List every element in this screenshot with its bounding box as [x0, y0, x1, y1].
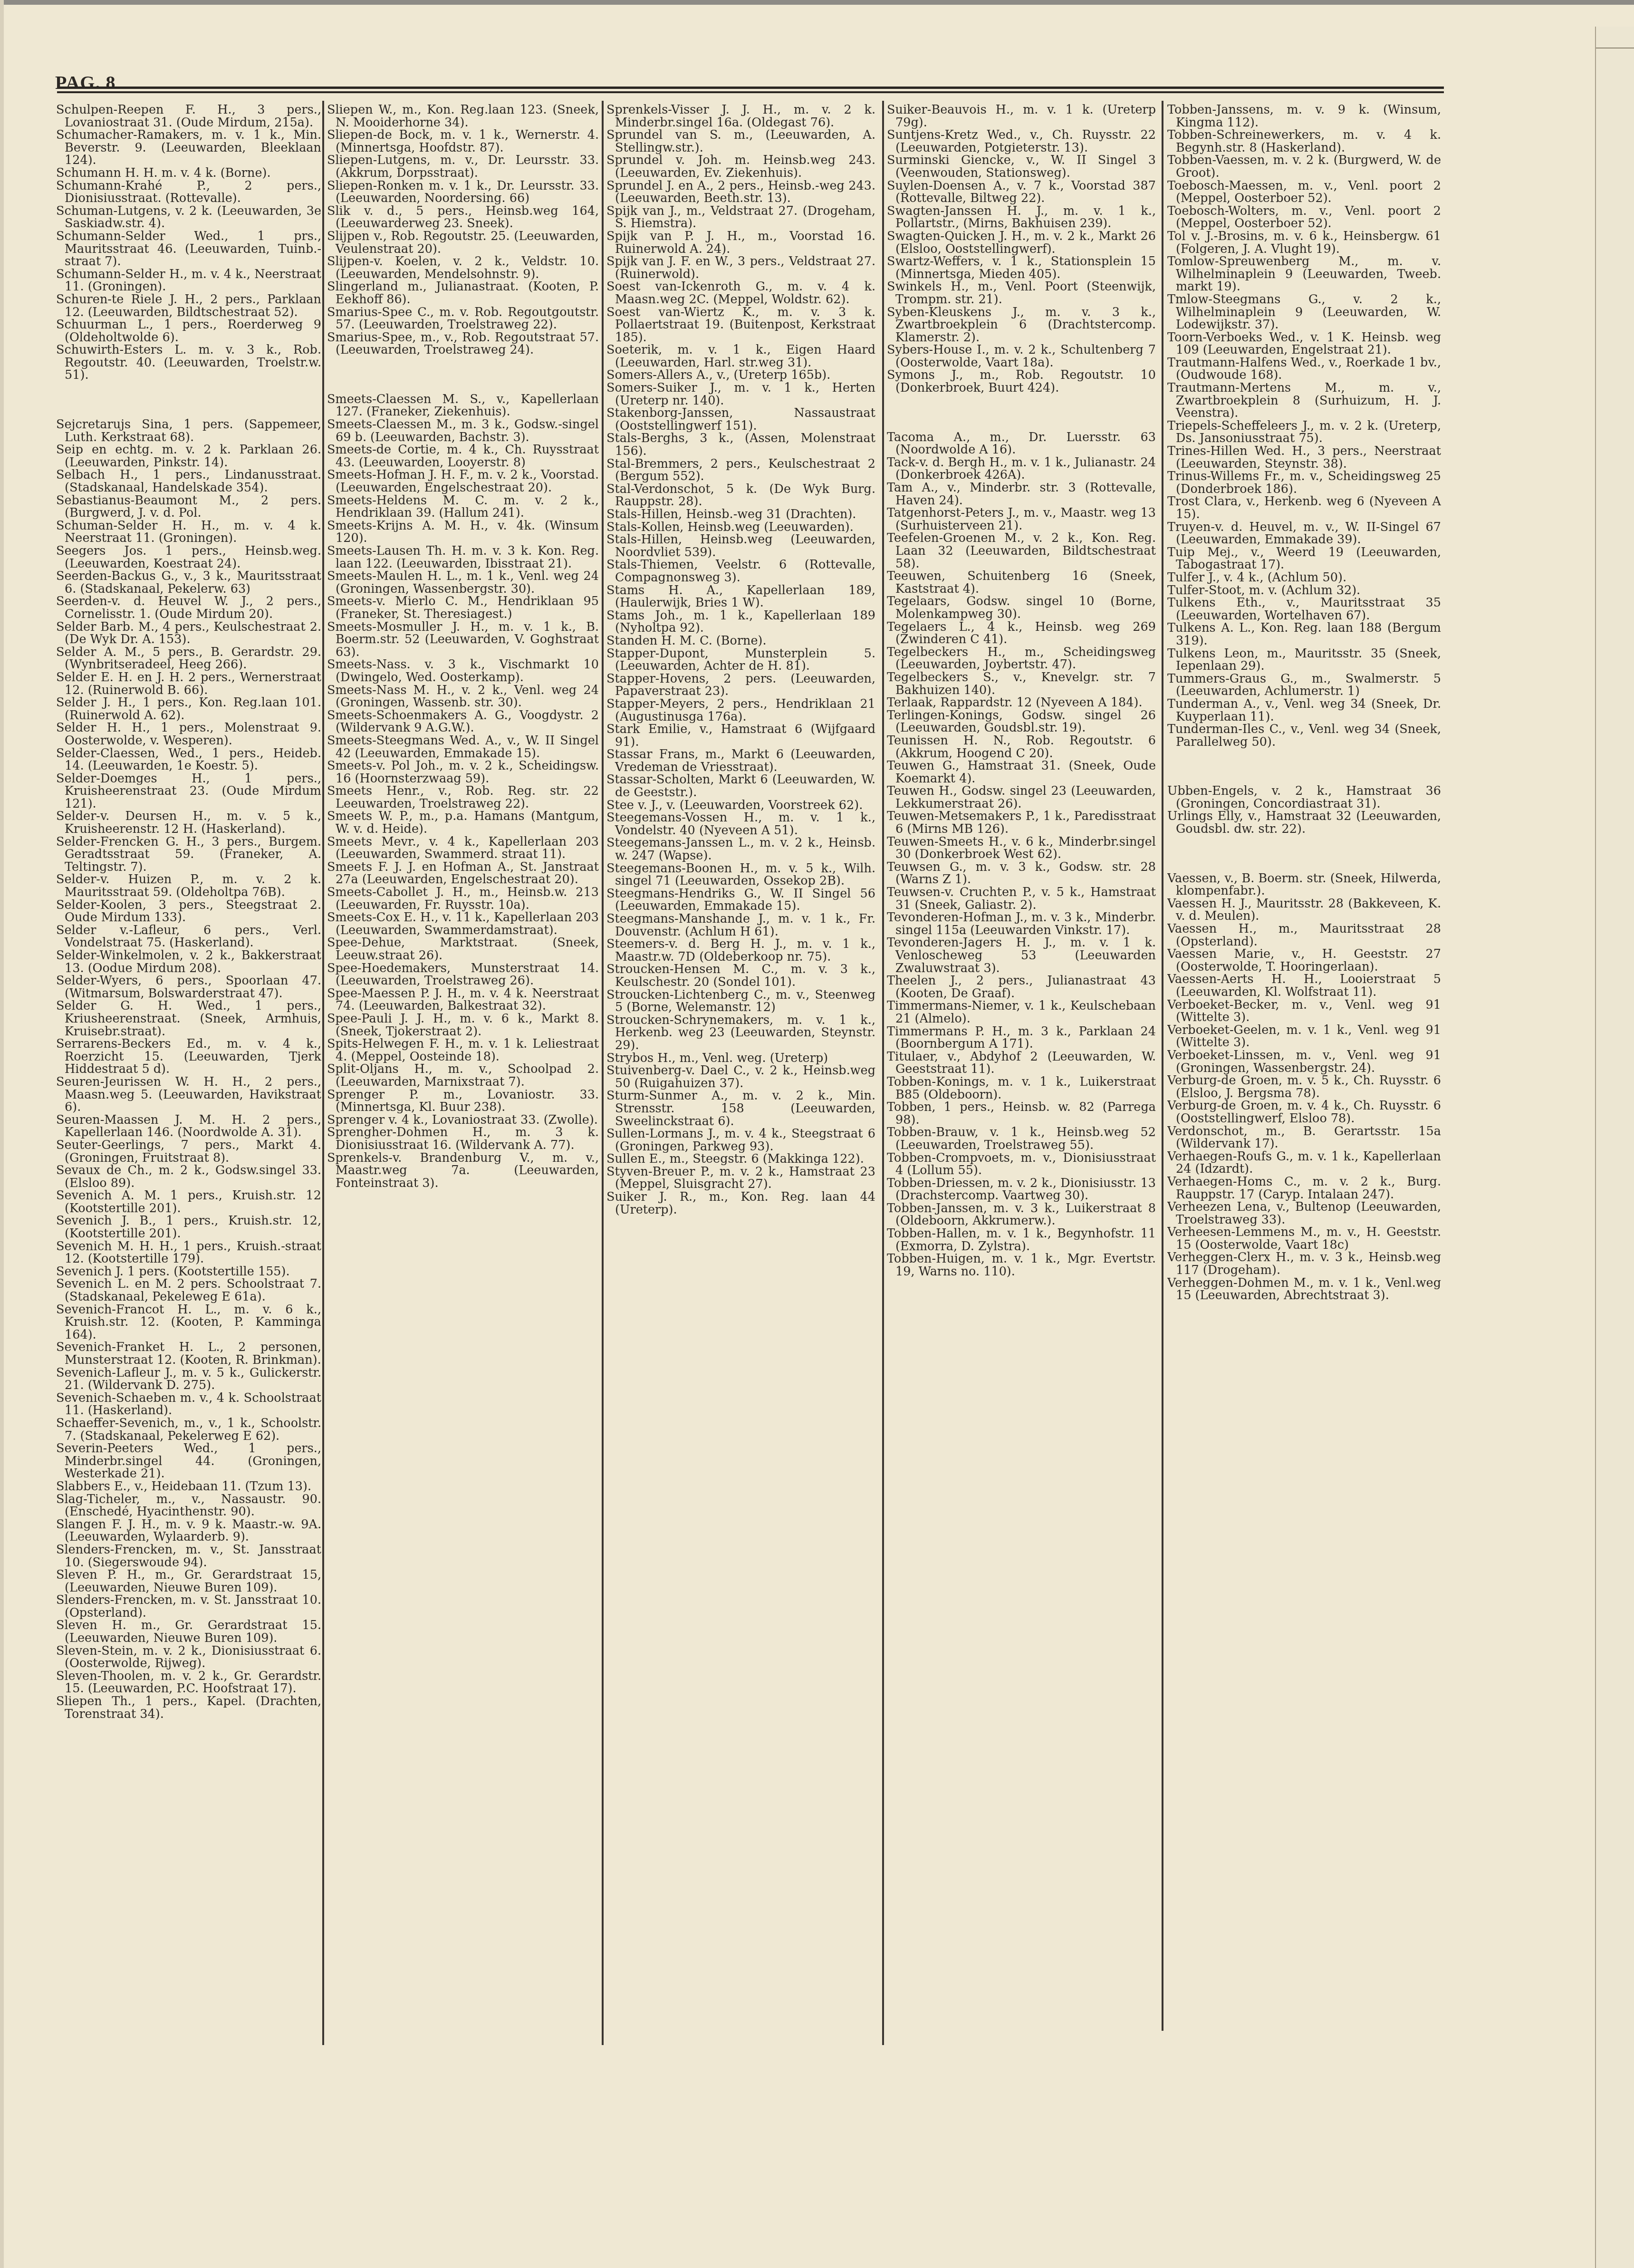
directory-entry: Spee-Maessen P. J. H., m. v. 4 k. Neerst… — [327, 987, 599, 1013]
directory-entry: Smeets-v. Pol Joh., m. v. 2 k., Scheidin… — [327, 760, 599, 785]
directory-entry: Verheezen Lena, v., Bultenop (Leeuwarden… — [1167, 1201, 1441, 1226]
directory-entry: Sullen E., m., Steegstr. 6 (Makkinga 122… — [606, 1153, 875, 1166]
directory-entry: Selder v.-Lafleur, 6 pers., Verl. Vondel… — [56, 924, 321, 949]
directory-entry: Sleven P. H., m., Gr. Gerardstraat 15, (… — [56, 1569, 321, 1594]
directory-entry: Teefelen-Groenen M., v. 2 k., Kon. Reg. … — [887, 532, 1156, 570]
directory-entry: Sevenich-Schaeben m. v., 4 k. Schoolstra… — [56, 1392, 321, 1417]
column-5: Tobben-Janssens, m. v. 9 k. (Winsum, Kin… — [1167, 104, 1441, 2148]
directory-entry: Sprenger v. 4 k., Lovaniostraat 33. (Zwo… — [327, 1114, 599, 1127]
directory-entry: Sevenich J. 1 pers. (Kootstertille 155). — [56, 1265, 321, 1278]
directory-entry: Truyen-v. d. Heuvel, m. v., W. II-Singel… — [1167, 521, 1441, 546]
directory-entry: Sprenkels-Visser J. J. H., m. v. 2 k. Mi… — [606, 104, 875, 129]
directory-entry: Tobben, 1 pers., Heinsb. w. 82 (Parrega … — [887, 1101, 1156, 1126]
directory-entry: Tacoma A., m., Dr. Luersstr. 63 (Noordwo… — [887, 431, 1156, 456]
directory-entry: Spijk van J. F. en W., 3 pers., Veldstra… — [606, 255, 875, 280]
directory-entry: Syben-Kleuskens J., m. v. 3 k., Zwartbro… — [887, 306, 1156, 344]
directory-entry: Stams Joh., m. 1 k., Kapellerlaan 189 (N… — [606, 609, 875, 635]
directory-entry: Trines-Hillen Wed. H., 3 pers., Neerstra… — [1167, 445, 1441, 470]
directory-entry: Terlaak, Rappardstr. 12 (Nyeveen A 184). — [887, 696, 1156, 709]
directory-entry: Stals-Hillen, Heinsb.weg (Leeuwarden, No… — [606, 533, 875, 559]
directory-entry: Swinkels H., m., Venl. Poort (Steenwijk,… — [887, 280, 1156, 306]
directory-entry: Smeets-de Cortie, m. 4 k., Ch. Ruysstraa… — [327, 444, 599, 469]
directory-entry: Toebosch-Maessen, m. v., Venl. poort 2 (… — [1167, 180, 1441, 205]
directory-entry: Smeets-Maulen H. L., m. 1 k., Venl. weg … — [327, 570, 599, 595]
directory-entry: Theelen J., 2 pers., Julianastraat 43 (K… — [887, 975, 1156, 1000]
directory-entry: Tmlow-Steegmans G., v. 2 k., Wilhelminap… — [1167, 293, 1441, 331]
directory-entry: Schuman-Lutgens, v. 2 k. (Leeuwarden, 3e… — [56, 205, 321, 230]
directory-entry: Smeets-v. Mierlo C. M., Hendriklaan 95 (… — [327, 595, 599, 620]
directory-entry: Sprenkels-v. Brandenburg V., m. v., Maas… — [327, 1152, 599, 1190]
directory-entry: Smeets Mevr., v. 4 k., Kapellerlaan 203 … — [327, 836, 599, 861]
directory-entry: Tulfer-Stoot, m. v. (Achlum 32). — [1167, 584, 1441, 597]
directory-entry: Sevenich L. en M. 2 pers. Schoolstraat 7… — [56, 1278, 321, 1303]
directory-entry: Sevenich M. H. H., 1 pers., Kruish.-stra… — [56, 1240, 321, 1265]
directory-entry: Stals-Thiemen, Veelstr. 6 (Rottevalle, C… — [606, 559, 875, 584]
directory-entry: Smeets-Heldens M. C. m. v. 2 k., Hendrik… — [327, 494, 599, 520]
directory-entry: Sprundel van S. m., (Leeuwarden, A. Stel… — [606, 129, 875, 154]
directory-entry: Slangen F. J. H., m. v. 9 k. Maastr.-w. … — [56, 1518, 321, 1544]
directory-entry: Selder-Claessen, Wed., 1 pers., Heideb. … — [56, 747, 321, 772]
directory-entry: Schuurman L., 1 pers., Roerderweg 9 (Old… — [56, 318, 321, 344]
directory-entry: Teuwsen G., m. v. 3 k., Godsw. str. 28 (… — [887, 861, 1156, 886]
directory-entry: Tegelbeckers S., v., Knevelgr. str. 7 Ba… — [887, 671, 1156, 696]
directory-entry: Seuren-Jeurissen W. H. H., 2 pers., Maas… — [56, 1076, 321, 1114]
directory-entry: Tuip Mej., v., Weerd 19 (Leeuwarden, Tab… — [1167, 546, 1441, 571]
directory-entry: Smeets-Claessen M. S., v., Kapellerlaan … — [327, 393, 599, 418]
column-divider — [602, 101, 604, 2045]
directory-entry: Sleven-Thoolen, m. v. 2 k., Gr. Gerardst… — [56, 1670, 321, 1695]
directory-entry: Smarius-Spee, m., v., Rob. Regoutstraat … — [327, 331, 599, 357]
directory-entry: Selbach H., 1 pers., Lindanusstraat. (St… — [56, 469, 321, 494]
section-gap — [1167, 848, 1441, 860]
directory-entry: Smeets Henr., v., Rob. Reg. str. 22 Leeu… — [327, 785, 599, 810]
directory-entry: Suiker J. R., m., Kon. Reg. laan 44 (Ure… — [606, 1191, 875, 1216]
directory-entry: Strybos H., m., Venl. weg. (Ureterp) — [606, 1052, 875, 1065]
directory-entry: Schuwirth-Esters L. m. v. 3 k., Rob. Reg… — [56, 344, 321, 382]
directory-entry: Smeets-Krijns A. M. H., v. 4k. (Winsum 1… — [327, 520, 599, 545]
directory-entry: Titulaer, v., Abdyhof 2 (Leeuwarden, W. … — [887, 1051, 1156, 1076]
directory-entry: Standen H. M. C. (Borne). — [606, 635, 875, 647]
directory-entry: Sevenich J. B., 1 pers., Kruish.str. 12,… — [56, 1215, 321, 1240]
directory-entry: Trinus-Willems Fr., m. v., Scheidingsweg… — [1167, 470, 1441, 495]
directory-entry: Steemers-v. d. Berg H. J., m. v. 1 k., M… — [606, 938, 875, 963]
directory-entry: Tevonderen-Jagers H. J., m. v. 1 k. Venl… — [887, 936, 1156, 975]
directory-entry: Tegelbeckers H., m., Scheidingsweg (Leeu… — [887, 646, 1156, 671]
directory-entry: Teuwen H., Godsw. singel 23 (Leeuwarden,… — [887, 785, 1156, 810]
directory-entry: Tobben-Brauw, v. 1 k., Heinsb.weg 52 (Le… — [887, 1126, 1156, 1151]
directory-entry: Selder A. M., 5 pers., B. Gerardstr. 29.… — [56, 646, 321, 671]
directory-entry: Vaessen Marie, v., H. Geeststr. 27 (Oost… — [1167, 948, 1441, 973]
directory-entry: Smeets W. P., m., p.a. Hamans (Mantgum, … — [327, 810, 599, 835]
directory-entry: Stapper-Dupont, Munsterplein 5. (Leeuwar… — [606, 647, 875, 673]
column-3: Sprenkels-Visser J. J. H., m. v. 2 k. Mi… — [606, 104, 875, 2148]
directory-entry: Stal-Verdonschot, 5 k. (De Wyk Burg. Rau… — [606, 483, 875, 508]
directory-entry: Swartz-Weffers, v. 1 k., Stationsplein 1… — [887, 255, 1156, 280]
column-divider — [1162, 101, 1163, 2031]
directory-entry: Suiker-Beauvois H., m. v. 1 k. (Ureterp … — [887, 104, 1156, 129]
directory-entry: Stal-Bremmers, 2 pers., Keulschestraat 2… — [606, 458, 875, 483]
directory-entry: Verdonschot, m., B. Gerartsstr. 15a (Wil… — [1167, 1125, 1441, 1150]
column-2: Sliepen W., m., Kon. Reg.laan 123. (Snee… — [327, 104, 599, 2148]
directory-entry: Smeets-Schoenmakers A. G., Voogdystr. 2 … — [327, 709, 599, 734]
directory-entry: Triepels-Scheffeleers J., m. v. 2 k. (Ur… — [1167, 420, 1441, 445]
directory-entry: Serrarens-Beckers Ed., m. v. 4 k., Roerz… — [56, 1038, 321, 1076]
directory-entry: Verheesen-Lemmens M., m. v., H. Geeststr… — [1167, 1226, 1441, 1251]
directory-entry: Steegemans-Boonen H., m. v. 5 k., Wilh. … — [606, 862, 875, 888]
directory-entry: Tulkens Eth., v., Mauritsstraat 35 (Leeu… — [1167, 597, 1441, 622]
directory-entry: Tegelaers L., 4 k., Heinsb. weg 269 (Zwi… — [887, 621, 1156, 646]
directory-entry: Tack-v. d. Bergh H., m. v. 1 k., Juliana… — [887, 456, 1156, 482]
directory-entry: Steegmans-Manshande J., m. v. 1 k., Fr. … — [606, 913, 875, 938]
directory-entry: Tomlow-Spreuwenberg M., m. v. Wilhelmina… — [1167, 255, 1441, 293]
directory-entry: Teuwsen-v. Cruchten P., v. 5 k., Hamstra… — [887, 886, 1156, 911]
directory-entry: Steegmans-Hendriks G., W. II Singel 56 (… — [606, 888, 875, 913]
directory-entry: Teuwen-Smeets H., v. 6 k., Minderbr.sing… — [887, 836, 1156, 861]
directory-entry: Selder G. H. Wed., 1 pers., Kriusheerens… — [56, 1000, 321, 1038]
directory-entry: Smeets-Cabollet J. H., m., Heinsb.w. 213… — [327, 886, 599, 911]
directory-entry: Verhaegen-Homs C., m. v. 2 k., Burg. Rau… — [1167, 1176, 1441, 1201]
directory-entry: Schuren-te Riele J. H., 2 pers., Parklaa… — [56, 293, 321, 318]
directory-entry: Somers-Allers A., v., (Ureterp 165b). — [606, 369, 875, 382]
directory-entry: Soeterik, m. v. 1 k., Eigen Haard (Leeuw… — [606, 344, 875, 369]
directory-entry: Seuren-Maassen J. M. H. 2 pers., Kapelle… — [56, 1114, 321, 1139]
directory-entry: Seerden-v. d. Heuvel W. J., 2 pers., Cor… — [56, 595, 321, 620]
directory-entry: Suylen-Doensen A., v. 7 k., Voorstad 387… — [887, 180, 1156, 205]
directory-entry: Tulkens A. L., Kon. Reg. laan 188 (Bergu… — [1167, 622, 1441, 647]
directory-entry: Verboeket-Linssen, m. v., Venl. weg 91 (… — [1167, 1049, 1441, 1074]
directory-entry: Urlings Elly, v., Hamstraat 32 (Leeuward… — [1167, 810, 1441, 835]
directory-entry: Teuwen-Metsemakers P., 1 k., Paredisstra… — [887, 810, 1156, 835]
directory-entry: Tobben-Crompvoets, m. v., Dionisiusstraa… — [887, 1152, 1156, 1177]
directory-entry: Schumacher-Ramakers, m. v. 1 k., Min. Be… — [56, 129, 321, 167]
directory-entry: Sullen-Lormans J., m. v. 4 k., Steegstra… — [606, 1128, 875, 1153]
directory-entry: Selder-Koolen, 3 pers., Steegstraat 2. O… — [56, 899, 321, 924]
section-gap — [1167, 761, 1441, 773]
directory-entry: Symons J., m., Rob. Regoutstr. 10 (Donke… — [887, 369, 1156, 394]
directory-entry: Stroucken-Lichtenberg C., m. v., Steenwe… — [606, 989, 875, 1014]
column-divider — [322, 101, 324, 2045]
directory-entry: Spijk van J., m., Veldstraat 27. (Drogeh… — [606, 205, 875, 230]
directory-entry: Selder-Winkelmolen, v. 2 k., Bakkerstraa… — [56, 949, 321, 975]
directory-entry: Trautmann-Halfens Wed., v., Roerkade 1 b… — [1167, 357, 1441, 382]
directory-entry: Selder-v. Huizen P., m. v. 2 k. Mauritss… — [56, 873, 321, 898]
directory-entry: Tobben-Hallen, m. v. 1 k., Begynhofstr. … — [887, 1227, 1156, 1253]
directory-entry: Schumann-Selder H., m. v. 4 k., Neerstra… — [56, 268, 321, 293]
directory-entry: Sliepen W., m., Kon. Reg.laan 123. (Snee… — [327, 104, 599, 129]
directory-entry: Schumann-Krahé P., 2 pers., Dionisiusstr… — [56, 180, 321, 205]
directory-entry: Selder-v. Deursen H., m. v. 5 k., Kruish… — [56, 810, 321, 835]
directory-entry: Smarius-Spee C., m. v. Rob. Regoutgoutst… — [327, 306, 599, 331]
directory-entry: Sturm-Sunmer A., m. v. 2 k., Min. Strens… — [606, 1090, 875, 1128]
directory-entry: Tulkens Leon, m., Mauritsstr. 35 (Sneek,… — [1167, 647, 1441, 673]
directory-entry: Tol v. J.-Brosins, m. v. 6 k., Heinsberg… — [1167, 230, 1441, 255]
directory-entry: Schumann H. H. m. v. 4 k. (Borne). — [56, 167, 321, 180]
directory-entry: Selder H. H., 1 pers., Molenstraat 9. Oo… — [56, 722, 321, 747]
directory-entry: Timmermans-Niemer, v. 1 k., Keulschebaan… — [887, 1000, 1156, 1025]
directory-entry: Selder-Wyers, 6 pers., Spoorlaan 47. (Wi… — [56, 975, 321, 1000]
directory-entry: Soest van-Ickenroth G., m. v. 4 k. Maasn… — [606, 280, 875, 306]
directory-entry: Selder-Doemges H., 1 pers., Kruisheerens… — [56, 772, 321, 811]
directory-entry: Spee-Hoedemakers, Munsterstraat 14. (Lee… — [327, 962, 599, 987]
directory-entry: Tobben-Janssens, m. v. 9 k. (Winsum, Kin… — [1167, 104, 1441, 129]
directory-entry: Sevenich A. M. 1 pers., Kruish.str. 12 (… — [56, 1189, 321, 1215]
directory-entry: Spijk van P. J. H., m., Voorstad 16. Rui… — [606, 230, 875, 255]
directory-entry: Selder Barb. M., 4 pers., Keulschestraat… — [56, 621, 321, 646]
directory-entry: Tobben-Huigen, m. v. 1 k., Mgr. Evertstr… — [887, 1253, 1156, 1278]
directory-entry: Schuman-Selder H. H., m. v. 4 k. Neerstr… — [56, 520, 321, 545]
directory-entry: Smeets-Cox E. H., v. 11 k., Kapellerlaan… — [327, 911, 599, 936]
directory-entry: Tegelaars, Godsw. singel 10 (Borne, Mole… — [887, 595, 1156, 620]
directory-entry: Slingerland m., Julianastraat. (Kooten, … — [327, 280, 599, 306]
directory-entry: Sebastianus-Beaumont M., 2 pers. (Burgwe… — [56, 494, 321, 520]
column-4: Suiker-Beauvois H., m. v. 1 k. (Ureterp … — [887, 104, 1156, 2148]
directory-entry: Slijpen-v. Koelen, v. 2 k., Veldstr. 10.… — [327, 255, 599, 280]
directory-entry: Slenders-Frencken, m. v., St. Jansstraat… — [56, 1544, 321, 1569]
directory-entry: Swagten-Janssen H. J., m. v. 1 k., Polla… — [887, 205, 1156, 230]
directory-entry: Sliepen-de Bock, m. v. 1 k., Wernerstr. … — [327, 129, 599, 154]
directory-entry: Verburg-de Groen, m. v. 4 k., Ch. Ruysst… — [1167, 1100, 1441, 1125]
directory-entry: Sevenich-Lafleur J., m. v. 5 k., Gulicke… — [56, 1367, 321, 1392]
directory-entry: Smeets-Lausen Th. H. m. v. 3 k. Kon. Reg… — [327, 545, 599, 570]
directory-entry: Stassar Frans, m., Markt 6 (Leeuwarden, … — [606, 748, 875, 773]
directory-entry: Toebosch-Wolters, m. v., Venl. poort 2 (… — [1167, 205, 1441, 230]
directory-entry: Tam A., v., Minderbr. str. 3 (Rottevalle… — [887, 482, 1156, 507]
directory-entry: Suntjens-Kretz Wed., v., Ch. Ruysstr. 22… — [887, 129, 1156, 154]
directory-entry: Sprundel J. en A., 2 pers., Heinsb.-weg … — [606, 180, 875, 205]
column-1: Schulpen-Reepen F. H., 3 pers., Lovanios… — [56, 104, 321, 2148]
directory-entry: Verheggen-Dohmen M., m. v. 1 k., Venl.we… — [1167, 1277, 1441, 1302]
directory-entry: Tobben-Konings, m. v. 1 k., Luikerstraat… — [887, 1076, 1156, 1101]
directory-entry: Teuwen G., Hamstraat 31. (Sneek, Oude Ko… — [887, 760, 1156, 785]
directory-entry: Smeets-Hofman J. H. F., m. v. 2 k., Voor… — [327, 469, 599, 494]
directory-entry: Selder E. H. en J. H. 2 pers., Wernerstr… — [56, 671, 321, 696]
directory-entry: Teunissen H. N., Rob. Regoutstr. 6 (Akkr… — [887, 734, 1156, 760]
directory-entry: Selder-Frencken G. H., 3 pers., Burgem. … — [56, 836, 321, 874]
directory-entry: Sleven-Stein, m. v. 2 k., Dionisiusstraa… — [56, 1645, 321, 1670]
directory-entry: Sprengher-Dohmen H., m. 3 k. Dionisiusst… — [327, 1126, 599, 1151]
directory-entry: Vaessen H., m., Mauritsstraat 28 (Opster… — [1167, 923, 1441, 948]
directory-entry: Vaessen H. J., Mauritsstr. 28 (Bakkeveen… — [1167, 898, 1441, 923]
directory-entry: Trost Clara, v., Herkenb. weg 6 (Nyeveen… — [1167, 495, 1441, 521]
directory-entry: Vaessen-Aerts H. H., Looierstraat 5 (Lee… — [1167, 973, 1441, 998]
directory-entry: Tulfer J., v. 4 k., (Achlum 50). — [1167, 571, 1441, 584]
directory-entry: Ubben-Engels, v. 2 k., Hamstraat 36 (Gro… — [1167, 785, 1441, 810]
directory-entry: Tevonderen-Hofman J., m. v. 3 k., Minder… — [887, 911, 1156, 936]
directory-entry: Sejcretarujs Sina, 1 pers. (Sappemeer, L… — [56, 418, 321, 444]
directory-entry: Seegers Jos. 1 pers., Heinsb.weg. (Leeuw… — [56, 545, 321, 570]
directory-entry: Stroucken-Hensen M. C., m. v. 3 k., Keul… — [606, 963, 875, 988]
directory-entry: Sybers-House I., m. v. 2 k., Schultenber… — [887, 344, 1156, 369]
directory-entry: Tobben-Driessen, m. v. 2 k., Dionisiusst… — [887, 1177, 1156, 1202]
directory-entry: Smeets-Nass M. H., v. 2 k., Venl. weg 24… — [327, 684, 599, 709]
directory-entry: Slag-Ticheler, m., v., Nassaustr. 90. (E… — [56, 1493, 321, 1518]
directory-entry: Slenders-Frencken, m. v. St. Jansstraat … — [56, 1594, 321, 1619]
directory-entry: Stassar-Scholten, Markt 6 (Leeuwarden, W… — [606, 773, 875, 799]
directory-entry: Soest van-Wiertz K., m. v. 3 k. Pollaert… — [606, 306, 875, 344]
directory-entry: Stroucken-Schrynemakers, m. v. 1 k., Her… — [606, 1014, 875, 1052]
directory-entry: Stapper-Meyers, 2 pers., Hendriklaan 21 … — [606, 698, 875, 723]
section-gap — [887, 406, 1156, 419]
directory-entry: Smeets-Mosmuller J. H., m. v. 1 k., B. B… — [327, 621, 599, 659]
header-double-rule — [57, 87, 1444, 93]
directory-entry: Steegemans-Janssen L., m. v. 2 k., Heins… — [606, 837, 875, 862]
directory-entry: Timmermans P. H., m. 3 k., Parklaan 24 (… — [887, 1025, 1156, 1051]
directory-entry: Stuivenberg-v. Dael C., v. 2 k., Heinsb.… — [606, 1064, 875, 1090]
directory-entry: Schaeffer-Sevenich, m., v., 1 k., School… — [56, 1417, 321, 1442]
column-divider — [882, 101, 884, 2045]
section-gap — [327, 368, 599, 381]
directory-entry: Styven-Breuer P., m. v. 2 k., Hamstraat … — [606, 1166, 875, 1191]
directory-entry: Stee v. J., v. (Leeuwarden, Voorstreek 6… — [606, 799, 875, 812]
directory-entry: Slijpen v., Rob. Regoutstr. 25. (Leeuwar… — [327, 230, 599, 255]
directory-entry: Tummers-Graus G., m., Swalmerstr. 5 (Lee… — [1167, 673, 1441, 698]
directory-entry: Verheggen-Clerx H., m. v. 3 k., Heinsb.w… — [1167, 1251, 1441, 1276]
directory-entry: Sleven H. m., Gr. Gerardstraat 15. (Leeu… — [56, 1619, 321, 1644]
directory-entry: Sprenger P. m., Lovaniostr. 33. (Minnert… — [327, 1089, 599, 1114]
directory-entry: Sliepen Th., 1 pers., Kapel. (Drachten, … — [56, 1695, 321, 1720]
directory-entry: Slabbers E., v., Heidebaan 11. (Tzum 13)… — [56, 1480, 321, 1493]
directory-entry: Slik v. d., 5 pers., Heinsb.weg 164, (Le… — [327, 205, 599, 230]
directory-entry: Swagten-Quicken J. H., m. v. 2 k., Markt… — [887, 230, 1156, 255]
directory-entry: Stals-Kollen, Heinsb.weg (Leeuwarden). — [606, 521, 875, 534]
directory-entry: Tobben-Vaessen, m. v. 2 k. (Burgwerd, W.… — [1167, 154, 1441, 179]
directory-entry: Sliepen-Lutgens, m. v., Dr. Leursstr. 33… — [327, 154, 599, 179]
directory-entry: Verhaegen-Roufs G., m. v. 1 k., Kapeller… — [1167, 1150, 1441, 1176]
directory-entry: Schulpen-Reepen F. H., 3 pers., Lovanios… — [56, 104, 321, 129]
directory-entry: Tunderman A., v., Venl. weg 34 (Sneek, D… — [1167, 698, 1441, 723]
directory-entry: Stams H. A., Kapellerlaan 189, (Haulerwi… — [606, 584, 875, 609]
directory-entry: Verboeket-Becker, m. v., Venl. weg 91 (W… — [1167, 999, 1441, 1024]
directory-entry: Smeets F. J. J. en Hofman A., St. Janstr… — [327, 861, 599, 886]
directory-entry: Terlingen-Konings, Godsw. singel 26 (Lee… — [887, 709, 1156, 734]
directory-entry: Sprundel v. Joh. m. Heinsb.weg 243. (Lee… — [606, 154, 875, 179]
directory-entry: Trautmann-Mertens M., m. v., Zwartbroekp… — [1167, 382, 1441, 420]
directory-entry: Stark Emilie, v., Hamstraat 6 (Wijfgaard… — [606, 723, 875, 748]
directory-entry: Selder J. H., 1 pers., Kon. Reg.laan 101… — [56, 696, 321, 722]
directory-entry: Stals-Hillen, Heinsb.-weg 31 (Drachten). — [606, 508, 875, 521]
directory-entry: Teeuwen, Schuitenberg 16 (Sneek, Kaststr… — [887, 570, 1156, 595]
directory-entry: Sevenich-Francot H. L., m. v. 6 k., Krui… — [56, 1303, 321, 1341]
directory-entry: Smeets-Nass. v. 3 k., Vischmarkt 10 (Dwi… — [327, 658, 599, 684]
adjacent-page-edge — [1595, 27, 1634, 2268]
directory-entry: Tatgenhorst-Peters J., m. v., Maastr. we… — [887, 507, 1156, 532]
directory-entry: Schumann-Selder Wed., 1 prs., Mauritsstr… — [56, 230, 321, 268]
directory-entry: Spee-Pauli J. J. H., m. v. 6 k., Markt 8… — [327, 1013, 599, 1038]
directory-entry: Stapper-Hovens, 2 pers. (Leeuwarden, Pap… — [606, 673, 875, 698]
directory-entry: Seip en echtg. m. v. 2 k. Parklaan 26. (… — [56, 444, 321, 469]
directory-entry: Smeets-Steegmans Wed. A., v., W. II Sing… — [327, 734, 599, 760]
directory-entry: Vaessen, v., B. Boerm. str. (Sneek, Hilw… — [1167, 872, 1441, 898]
scan-top-edge — [0, 0, 1634, 5]
directory-entry: Smeets-Claessen M., m. 3 k., Godsw.-sing… — [327, 418, 599, 444]
directory-entry: Spits-Helwegen F. H., m. v. 1 k. Leliest… — [327, 1038, 599, 1063]
directory-entry: Seerden-Backus G., v., 3 k., Mauritsstra… — [56, 570, 321, 595]
directory-entry: Sevaux de Ch., m. 2 k., Godsw.singel 33.… — [56, 1164, 321, 1189]
directory-entry: Tobben-Schreinewerkers, m. v. 4 k. Begyn… — [1167, 129, 1441, 154]
directory-entry: Split-Oljans H., m. v., Schoolpad 2. (Le… — [327, 1063, 599, 1088]
directory-entry: Stals-Berghs, 3 k., (Assen, Molenstraat … — [606, 432, 875, 457]
directory-entry: Tunderman-Iles C., v., Venl. weg 34 (Sne… — [1167, 723, 1441, 748]
scan-left-edge — [0, 0, 4, 2268]
directory-entry: Verboeket-Geelen, m. v. 1 k., Venl. weg … — [1167, 1024, 1441, 1049]
directory-entry: Steegemans-Vossen H., m. v. 1 k., Vondel… — [606, 811, 875, 837]
directory-entry: Surminski Giencke, v., W. II Singel 3 (V… — [887, 154, 1156, 179]
directory-entry: Spee-Dehue, Marktstraat. (Sneek, Leeuw.s… — [327, 936, 599, 962]
directory-entry: Severin-Peeters Wed., 1 pers., Minderbr.… — [56, 1442, 321, 1480]
directory-entry: Sevenich-Franket H. L., 2 personen, Muns… — [56, 1341, 321, 1366]
directory-entry: Sliepen-Ronken m. v. 1 k., Dr. Leursstr.… — [327, 180, 599, 205]
directory-entry: Somers-Suiker J., m. v. 1 k., Herten (Ur… — [606, 382, 875, 407]
directory-entry: Toorn-Verboeks Wed., v. 1 K. Heinsb. weg… — [1167, 331, 1441, 357]
directory-entry: Seuter-Geerlings, 7 pers., Markt 4. (Gro… — [56, 1139, 321, 1164]
directory-entry: Tobben-Janssen, m. v. 3 k., Luikerstraat… — [887, 1202, 1156, 1227]
directory-entry: Verburg-de Groen, m. v. 5 k., Ch. Ruysst… — [1167, 1074, 1441, 1100]
directory-entry: Stakenborg-Janssen, Nassaustraat (Oostst… — [606, 407, 875, 432]
section-gap — [56, 394, 321, 406]
